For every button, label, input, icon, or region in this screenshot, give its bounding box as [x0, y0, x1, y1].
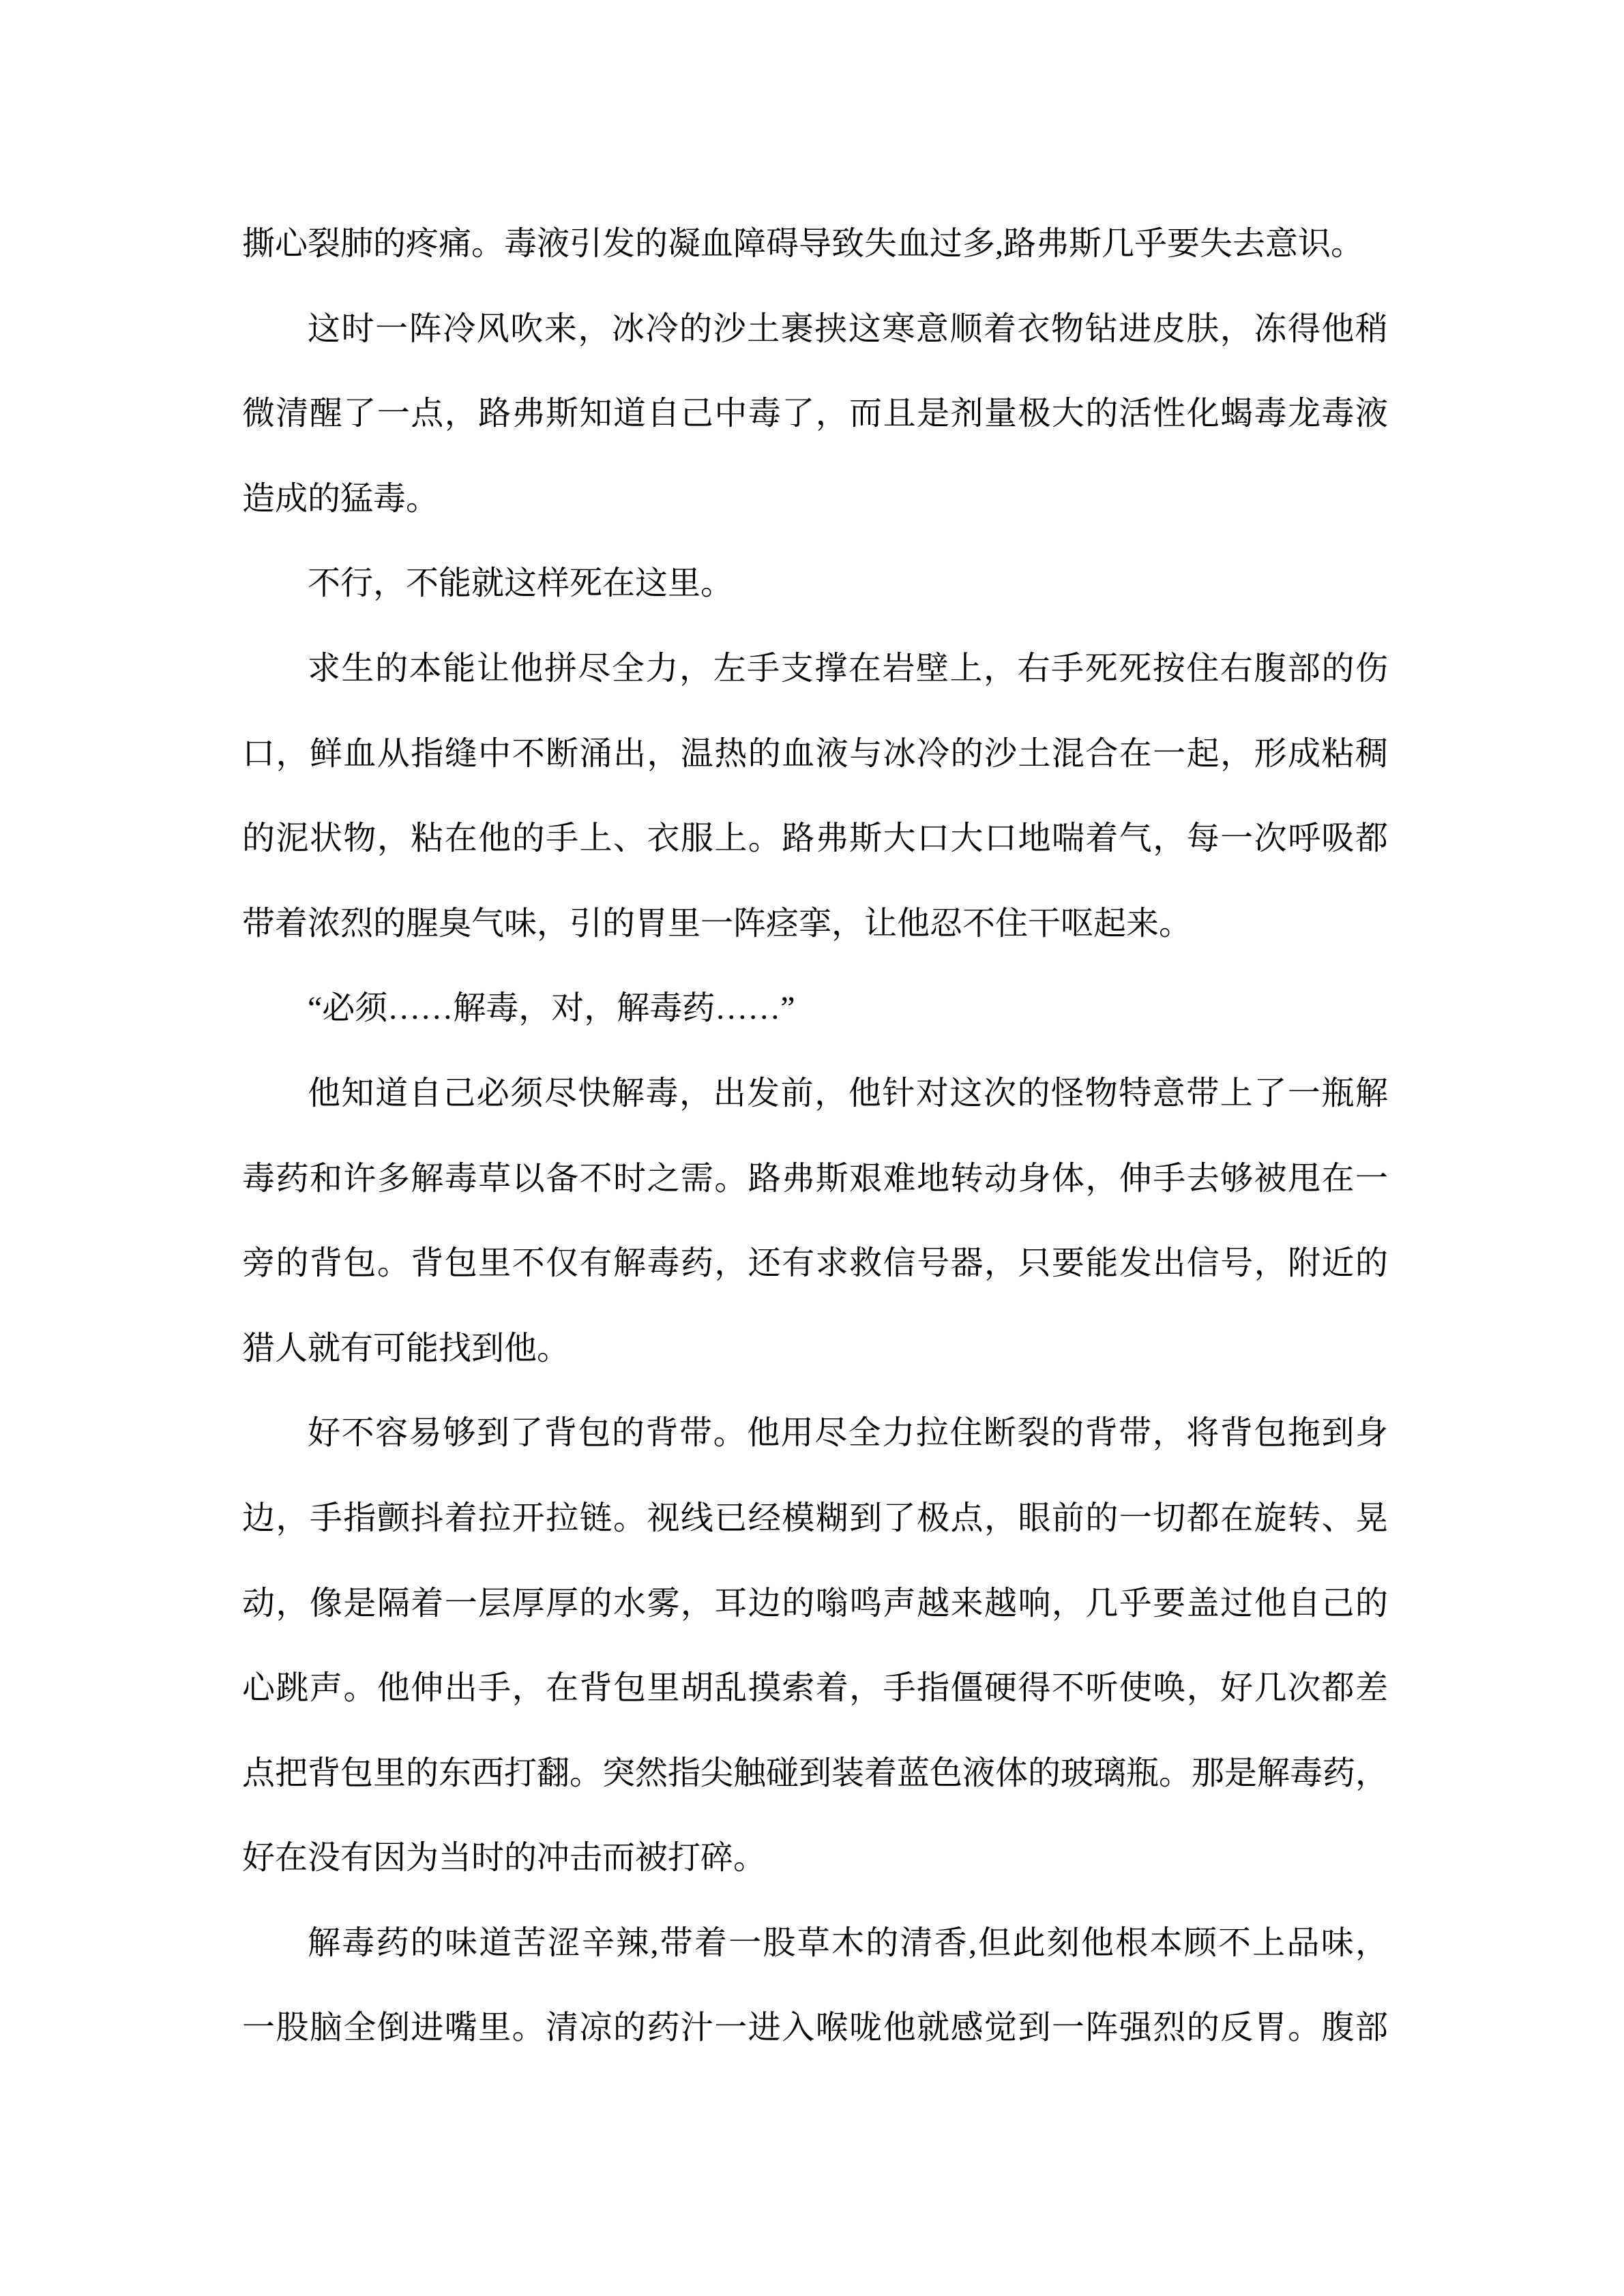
text-line: 好在没有因为当时的冲击而被打碎。	[242, 1816, 1388, 1901]
text-line: 口，鲜血从指缝中不断涌出，温热的血液与冰冷的沙土混合在一起，形成粘稠	[242, 712, 1388, 797]
text-line: “必须……解毒，对，解毒药……”	[242, 966, 1388, 1052]
text-line: 边，手指颤抖着拉开拉链。视线已经模糊到了极点，眼前的一切都在旋转、晃	[242, 1476, 1388, 1562]
text-line: 旁的背包。背包里不仅有解毒药，还有求救信号器，只要能发出信号，附近的	[242, 1221, 1388, 1307]
text-line: 好不容易够到了背包的背带。他用尽全力拉住断裂的背带，将背包拖到身	[242, 1391, 1388, 1476]
text-line: 微清醒了一点，路弗斯知道自己中毒了，而且是剂量极大的活性化蝎毒龙毒液	[242, 372, 1388, 457]
text-line: 求生的本能让他拼尽全力，左手支撑在岩壁上，右手死死按住右腹部的伤	[242, 627, 1388, 712]
text-line: 心跳声。他伸出手，在背包里胡乱摸索着，手指僵硬得不听使唤，好几次都差	[242, 1646, 1388, 1731]
text-line: 这时一阵冷风吹来，冰冷的沙土裹挟这寒意顺着衣物钻进皮肤，冻得他稍	[242, 287, 1388, 372]
text-line: 不行，不能就这样死在这里。	[242, 541, 1388, 627]
text-line: 他知道自己必须尽快解毒，出发前，他针对这次的怪物特意带上了一瓶解	[242, 1052, 1388, 1137]
text-line: 动，像是隔着一层厚厚的水雾，耳边的嗡鸣声越来越响，几乎要盖过他自己的	[242, 1562, 1388, 1647]
text-line: 造成的猛毒。	[242, 457, 1388, 542]
text-line: 撕心裂肺的疼痛。毒液引发的凝血障碍导致失血过多,路弗斯几乎要失去意识。	[242, 202, 1388, 287]
page-body: 撕心裂肺的疼痛。毒液引发的凝血障碍导致失血过多,路弗斯几乎要失去意识。 这时一阵…	[242, 202, 1388, 2071]
text-line: 毒药和许多解毒草以备不时之需。路弗斯艰难地转动身体，伸手去够被甩在一	[242, 1137, 1388, 1222]
text-line: 点把背包里的东西打翻。突然指尖触碰到装着蓝色液体的玻璃瓶。那是解毒药，	[242, 1731, 1388, 1817]
text-line: 一股脑全倒进嘴里。清凉的药汁一进入喉咙他就感觉到一阵强烈的反胃。腹部	[242, 1986, 1388, 2071]
text-line: 猎人就有可能找到他。	[242, 1307, 1388, 1392]
document-page: 撕心裂肺的疼痛。毒液引发的凝血障碍导致失血过多,路弗斯几乎要失去意识。 这时一阵…	[0, 0, 1624, 2296]
text-line: 解毒药的味道苦涩辛辣,带着一股草木的清香,但此刻他根本顾不上品味，	[242, 1901, 1388, 1986]
text-line: 的泥状物，粘在他的手上、衣服上。路弗斯大口大口地喘着气，每一次呼吸都	[242, 796, 1388, 882]
text-line: 带着浓烈的腥臭气味，引的胃里一阵痉挛，让他忍不住干呕起来。	[242, 882, 1388, 967]
